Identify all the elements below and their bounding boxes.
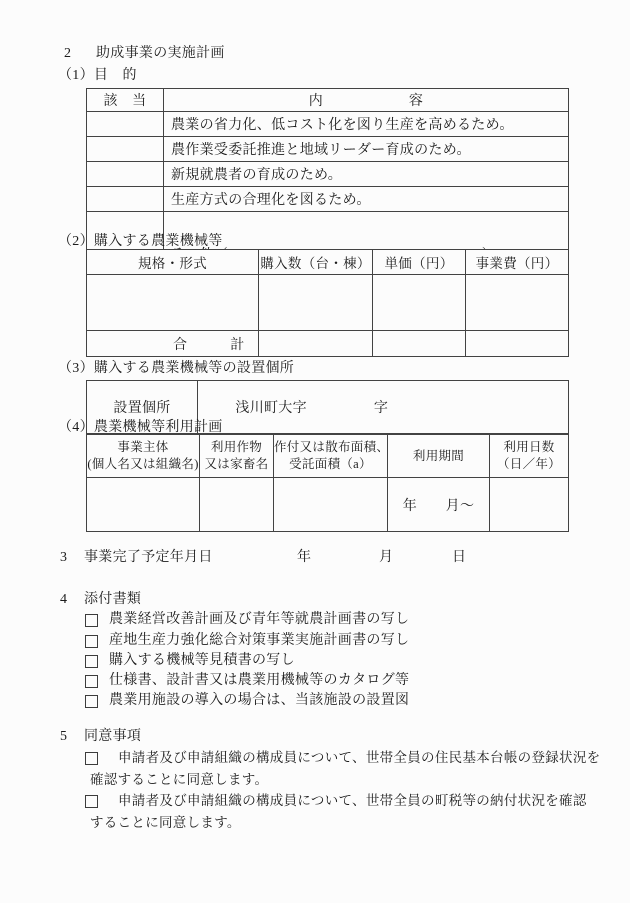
attachment-item-text: 仕様書、設計書又は農業用機械等のカタログ等: [109, 673, 409, 688]
attachment-item-text: 農業経営改善計画及び青年等就農計画書の写し: [109, 612, 409, 627]
consent-item-text: 申請者及び申請組織の構成員について、世帯全員の町税等の納付状況を確認: [118, 793, 587, 808]
usage-col-crop: 利用作物又は家畜名: [200, 435, 274, 478]
attachment-item: 仕様書、設計書又は農業用機械等のカタログ等: [85, 673, 409, 688]
section-4-number: 4: [60, 592, 67, 608]
checkbox-icon: [85, 795, 98, 808]
machines-col-unit-price: 単価（円）: [373, 250, 466, 275]
checkbox-icon: [85, 752, 98, 765]
consent-item-text: 申請者及び申請組織の構成員について、世帯全員の住民基本台帳の登録状況を: [118, 750, 600, 765]
completion-day-unit: 日: [452, 550, 466, 566]
purpose-col-content: 内 容: [164, 89, 569, 112]
attachment-item: 購入する機械等見積書の写し: [85, 653, 295, 668]
consent-item-continuation: することに同意します。: [90, 815, 241, 830]
purpose-label: （1）目 的: [58, 68, 137, 84]
machines-col-cost: 事業費（円）: [466, 250, 569, 275]
machines-col-spec: 規格・形式: [87, 250, 259, 275]
location-prefix: 浅川町大字: [235, 401, 307, 416]
machines-total-cost-cell: [466, 331, 569, 357]
checkbox-icon: [85, 675, 98, 688]
completion-month-unit: 月: [379, 550, 393, 566]
purpose-row: 生産方式の合理化を図るため。: [164, 187, 569, 212]
attachment-item-text: 購入する機械等見積書の写し: [109, 653, 295, 668]
completion-year-unit: 年: [297, 550, 311, 566]
machines-total-unit-price-cell: [373, 331, 466, 357]
form-page: 2 助成事業の実施計画 （1）目 的 該 当 内 容 農業の省力化、低コスト化を…: [0, 0, 630, 903]
checkbox-icon: [85, 655, 98, 668]
usage-entity-cell: [87, 478, 200, 532]
checkbox-icon: [85, 635, 98, 648]
completion-label: 事業完了予定年月日: [84, 550, 213, 566]
machines-quantity-cell: [259, 275, 373, 331]
usage-area-cell: [274, 478, 388, 532]
consent-item: 申請者及び申請組織の構成員について、世帯全員の町税等の納付状況を確認: [85, 793, 587, 808]
purpose-row: 農業の省力化、低コスト化を図り生産を高めるため。: [164, 112, 569, 137]
usage-period-cell: 年 月～: [388, 478, 490, 532]
applicable-cell: [87, 187, 164, 212]
location-label: （3）購入する農業機械等の設置個所: [58, 361, 294, 377]
usage-table: 事業主体(個人名又は組織名) 利用作物又は家畜名 作付又は散布面積、受託面積（a…: [86, 434, 569, 532]
attachment-item: 産地生産力強化総合対策事業実施計画書の写し: [85, 633, 409, 648]
attachment-item-text: 産地生産力強化総合対策事業実施計画書の写し: [109, 633, 409, 648]
purpose-row: 農作業受委託推進と地域リーダー育成のため。: [164, 137, 569, 162]
applicable-cell: [87, 137, 164, 162]
usage-crop-cell: [200, 478, 274, 532]
purpose-col-applicable: 該 当: [87, 89, 164, 112]
applicable-cell: [87, 162, 164, 187]
section-5-number: 5: [60, 729, 67, 745]
machines-cost-cell: [466, 275, 569, 331]
section-3-number: 3: [60, 550, 67, 566]
machines-total-label: 合 計: [87, 331, 259, 357]
checkbox-icon: [85, 695, 98, 708]
attachments-title: 添付書類: [84, 592, 141, 608]
attachment-item: 農業用施設の導入の場合は、当該施設の設置図: [85, 693, 409, 708]
usage-col-days: 利用日数（日／年）: [490, 435, 569, 478]
usage-col-entity: 事業主体(個人名又は組織名): [87, 435, 200, 478]
machines-spec-cell: [87, 275, 259, 331]
checkbox-icon: [85, 614, 98, 627]
machines-unit-price-cell: [373, 275, 466, 331]
machines-col-quantity: 購入数（台・棟）: [259, 250, 373, 275]
section-2-number: 2: [64, 46, 71, 62]
purpose-row: 新規就農者の育成のため。: [164, 162, 569, 187]
consent-title: 同意事項: [84, 729, 141, 745]
usage-days-cell: [490, 478, 569, 532]
applicable-cell: [87, 112, 164, 137]
machines-total-quantity-cell: [259, 331, 373, 357]
machines-table: 規格・形式 購入数（台・棟） 単価（円） 事業費（円） 合 計: [86, 249, 569, 357]
section-2-title: 助成事業の実施計画: [96, 46, 225, 62]
machines-label: （2）購入する農業機械等: [58, 234, 223, 250]
location-value-cell: 浅川町大字字: [198, 381, 569, 434]
usage-col-area: 作付又は散布面積、受託面積（a）: [274, 435, 388, 478]
usage-col-period: 利用期間: [388, 435, 490, 478]
consent-item-continuation: 確認することに同意します。: [90, 772, 268, 787]
consent-item: 申請者及び申請組織の構成員について、世帯全員の住民基本台帳の登録状況を: [85, 750, 600, 765]
attachment-item: 農業経営改善計画及び青年等就農計画書の写し: [85, 612, 409, 627]
location-aza: 字: [374, 401, 388, 416]
attachment-item-text: 農業用施設の導入の場合は、当該施設の設置図: [109, 693, 409, 708]
